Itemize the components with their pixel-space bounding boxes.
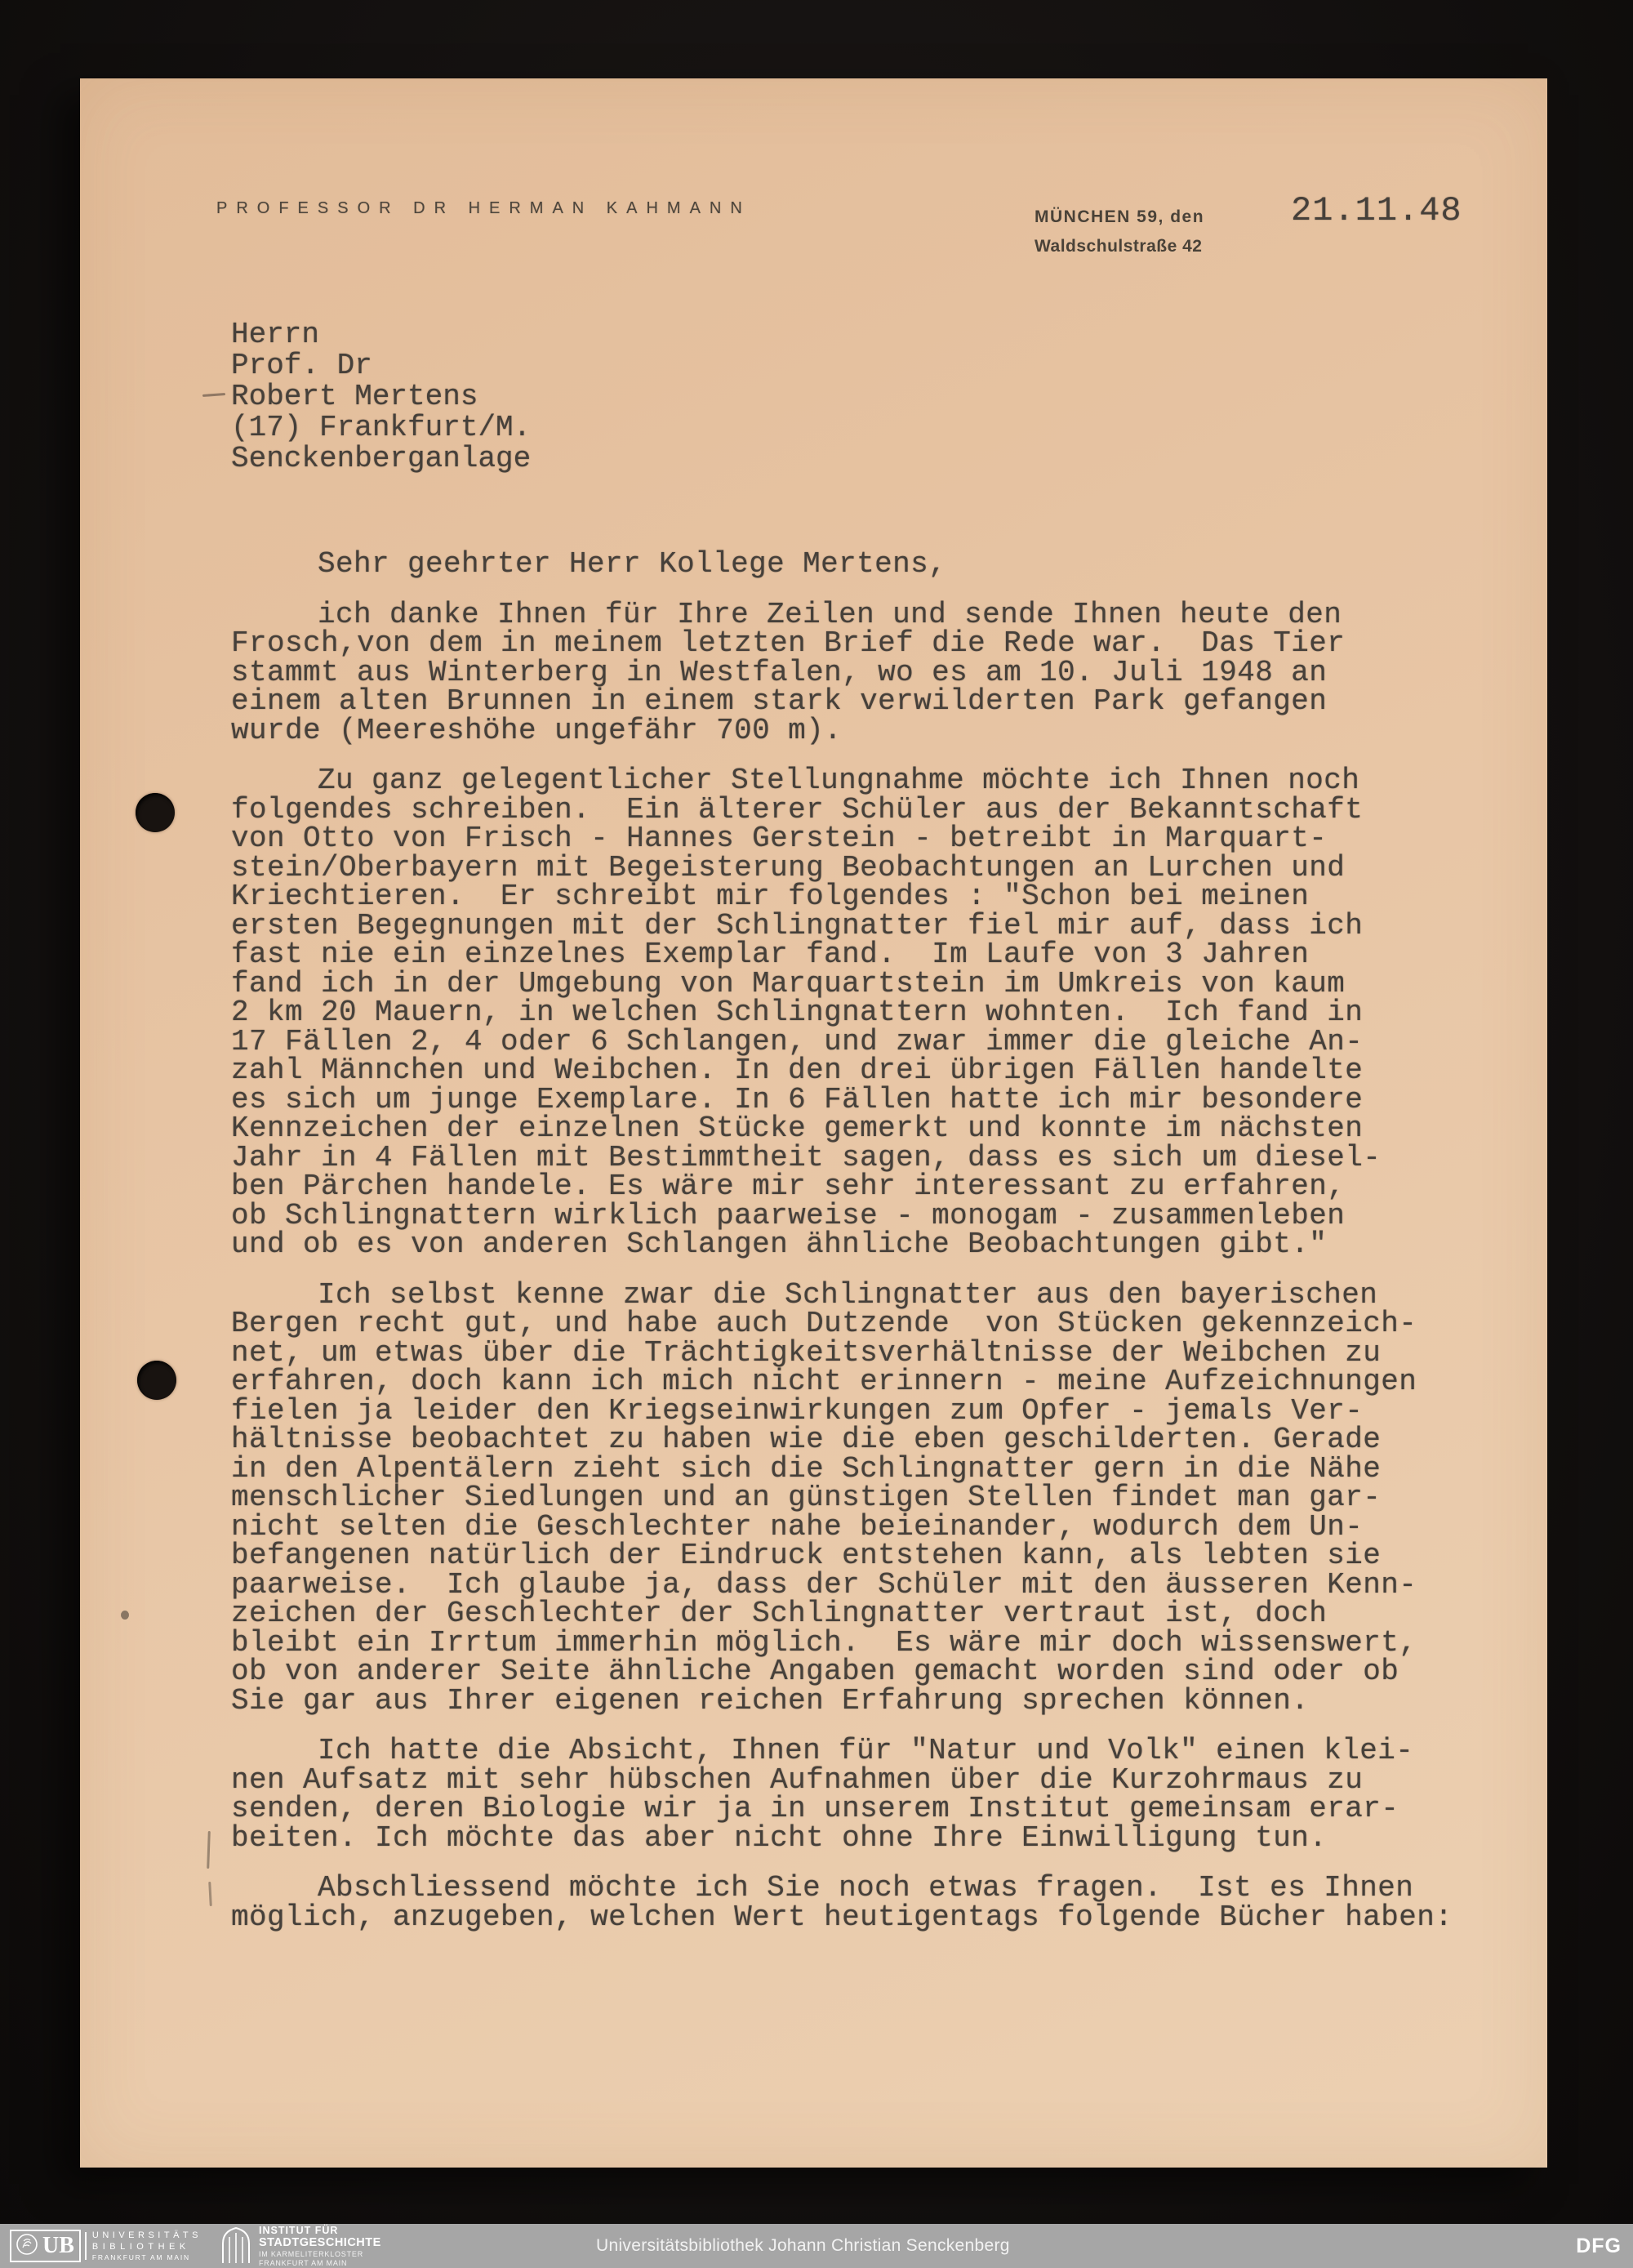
text-line: Bergen recht gut, und habe auch Dutzende… — [231, 1309, 1453, 1339]
ub-logo-abbr: UB — [42, 2235, 74, 2257]
ub-logo-box: UB — [10, 2230, 81, 2262]
text-line: Kriechtieren. Er schreibt mir folgendes … — [231, 882, 1453, 911]
library-name: Universitätsbibliothek Johann Christian … — [596, 2224, 1010, 2268]
text-line: fast nie ein einzelnes Exemplar fand. Im… — [231, 940, 1453, 969]
text-line: und ob es von anderen Schlangen ähnliche… — [231, 1230, 1453, 1259]
text-line: folgendes schreiben. Ein älterer Schüler… — [231, 795, 1453, 825]
text-line: fand ich in der Umgebung von Marquartste… — [231, 969, 1453, 999]
text-line: Robert Mertens — [231, 381, 531, 412]
dfg-logo: DFG — [1576, 2224, 1622, 2268]
ub-logo-line3: FRANKFURT AM MAIN — [92, 2253, 202, 2261]
institute-line1: INSTITUT FÜR — [259, 2225, 381, 2236]
text-line: Zu ganz gelegentlicher Stellungnahme möc… — [231, 766, 1453, 795]
institute-line4: FRANKFURT AM MAIN — [259, 2259, 381, 2267]
letterhead-city-line: MÜNCHEN 59, den — [1035, 207, 1204, 227]
text-line: Abschliessend möchte ich Sie noch etwas … — [231, 1874, 1453, 1903]
paragraph: Abschliessend möchte ich Sie noch etwas … — [231, 1874, 1453, 1932]
paragraph: ich danke Ihnen für Ihre Zeilen und send… — [231, 600, 1453, 746]
text-line: Ich selbst kenne zwar die Schlingnatter … — [231, 1281, 1453, 1310]
institute-line2: STADTGESCHICHTE — [259, 2236, 381, 2249]
text-line: paarweise. Ich glaube ja, dass der Schül… — [231, 1571, 1453, 1600]
punch-hole-top — [136, 793, 175, 832]
text-line: Senckenberganlage — [231, 443, 531, 475]
text-line: senden, deren Biologie wir ja in unserem… — [231, 1794, 1453, 1824]
text-line: 17 Fällen 2, 4 oder 6 Schlangen, und zwa… — [231, 1027, 1453, 1057]
text-line: Frosch,von dem in meinem letzten Brief d… — [231, 629, 1453, 658]
paragraph: Ich hatte die Absicht, Ihnen für "Natur … — [231, 1736, 1453, 1852]
text-line: stein/Oberbayern mit Begeisterung Beobac… — [231, 853, 1453, 883]
salutation: Sehr geehrter Herr Kollege Mertens, — [318, 550, 1453, 579]
pen-dot-mark — [121, 1611, 129, 1620]
paragraph: Ich selbst kenne zwar die Schlingnatter … — [231, 1281, 1453, 1716]
letterhead-sender: PROFESSOR DR HERMAN KAHMANN — [216, 199, 751, 218]
text-line: Ich hatte die Absicht, Ihnen für "Natur … — [231, 1736, 1453, 1766]
text-line: in den Alpentälern zieht sich die Schlin… — [231, 1455, 1453, 1484]
institute-logo-group: INSTITUT FÜR STADTGESCHICHTE IM KARMELIT… — [220, 2225, 381, 2267]
ub-logo-line1: UNIVERSITÄTS — [92, 2230, 202, 2240]
text-line: ob Schlingnattern wirklich paarweise - m… — [231, 1201, 1453, 1231]
text-line: beiten. Ich möchte das aber nicht ohne I… — [231, 1824, 1453, 1853]
ub-logo-line2: BIBLIOTHEK — [92, 2242, 202, 2252]
footer-bar: UB UNIVERSITÄTS BIBLIOTHEK FRANKFURT AM … — [0, 2224, 1633, 2268]
text-line: nen Aufsatz mit sehr hübschen Aufnahmen … — [231, 1766, 1453, 1795]
letter-content: Sehr geehrter Herr Kollege Mertens, ich … — [231, 550, 1453, 1932]
text-line: Prof. Dr — [231, 350, 531, 381]
text-line: stammt aus Winterberg in Westfalen, wo e… — [231, 658, 1453, 688]
text-line: befangenen natürlich der Eindruck entste… — [231, 1541, 1453, 1571]
letterhead-street: Waldschulstraße 42 — [1035, 237, 1204, 256]
pen-dash-mark — [202, 393, 225, 397]
text-line: bleibt ein Irrtum immerhin möglich. Es w… — [231, 1629, 1453, 1658]
text-line: wurde (Meereshöhe ungefähr 700 m). — [231, 716, 1453, 746]
text-line: fielen ja leider den Kriegseinwirkungen … — [231, 1397, 1453, 1426]
text-line: zahl Männchen und Weibchen. In den drei … — [231, 1056, 1453, 1085]
punch-hole-bottom — [137, 1361, 176, 1400]
text-line: erfahren, doch kann ich mich nicht erinn… — [231, 1367, 1453, 1397]
text-line: einem alten Brunnen in einem stark verwi… — [231, 687, 1453, 716]
text-line: Sie gar aus Ihrer eigenen reichen Erfahr… — [231, 1687, 1453, 1716]
letter-body: ich danke Ihnen für Ihre Zeilen und send… — [231, 600, 1453, 1932]
text-line: zeichen der Geschlechter der Schlingnatt… — [231, 1599, 1453, 1629]
institute-logo-text: INSTITUT FÜR STADTGESCHICHTE IM KARMELIT… — [259, 2225, 381, 2267]
typed-date: 21.11.48 — [1291, 191, 1462, 230]
text-line: ben Pärchen handele. Es wäre mir sehr in… — [231, 1172, 1453, 1201]
text-line: menschlicher Siedlungen und an günstigen… — [231, 1483, 1453, 1513]
paragraph: Zu ganz gelegentlicher Stellungnahme möc… — [231, 766, 1453, 1259]
text-line: es sich um junge Exemplare. In 6 Fällen … — [231, 1085, 1453, 1115]
text-line: hältnisse beobachtet zu haben wie die eb… — [231, 1425, 1453, 1455]
text-line: ich danke Ihnen für Ihre Zeilen und send… — [231, 600, 1453, 630]
letterhead-address-block: MÜNCHEN 59, den Waldschulstraße 42 — [1035, 207, 1204, 256]
institute-line3: IM KARMELITERKLOSTER — [259, 2250, 381, 2258]
text-line: 2 km 20 Mauern, in welchen Schlingnatter… — [231, 998, 1453, 1027]
ub-logo-divider — [85, 2232, 87, 2260]
letter-page: PROFESSOR DR HERMAN KAHMANN MÜNCHEN 59, … — [80, 78, 1547, 2168]
text-line: von Otto von Frisch - Hannes Gerstein - … — [231, 824, 1453, 853]
portrait-icon — [15, 2232, 39, 2261]
recipient-block: HerrnProf. DrRobert Mertens(17) Frankfur… — [231, 319, 531, 475]
text-line: nicht selten die Geschlechter nahe beiei… — [231, 1513, 1453, 1542]
text-line: ersten Begegnungen mit der Schlingnatter… — [231, 911, 1453, 941]
text-line: Kennzeichen der einzelnen Stücke gemerkt… — [231, 1114, 1453, 1143]
pen-margin-stroke — [208, 1882, 212, 1906]
gothic-arch-icon — [220, 2226, 252, 2267]
ub-logo-text: UNIVERSITÄTS BIBLIOTHEK FRANKFURT AM MAI… — [92, 2230, 202, 2261]
text-line: Jahr in 4 Fällen mit Bestimmtheit sagen,… — [231, 1143, 1453, 1173]
text-line: Herrn — [231, 319, 531, 350]
scan-stage: PROFESSOR DR HERMAN KAHMANN MÜNCHEN 59, … — [0, 0, 1633, 2268]
ub-library-logo: UB UNIVERSITÄTS BIBLIOTHEK FRANKFURT AM … — [10, 2230, 202, 2262]
text-line: möglich, anzugeben, welchen Wert heutige… — [231, 1903, 1453, 1932]
text-line: ob von anderer Seite ähnliche Angaben ge… — [231, 1657, 1453, 1687]
text-line: net, um etwas über die Trächtigkeitsverh… — [231, 1339, 1453, 1368]
pen-margin-stroke — [207, 1831, 211, 1869]
text-line: (17) Frankfurt/M. — [231, 412, 531, 443]
